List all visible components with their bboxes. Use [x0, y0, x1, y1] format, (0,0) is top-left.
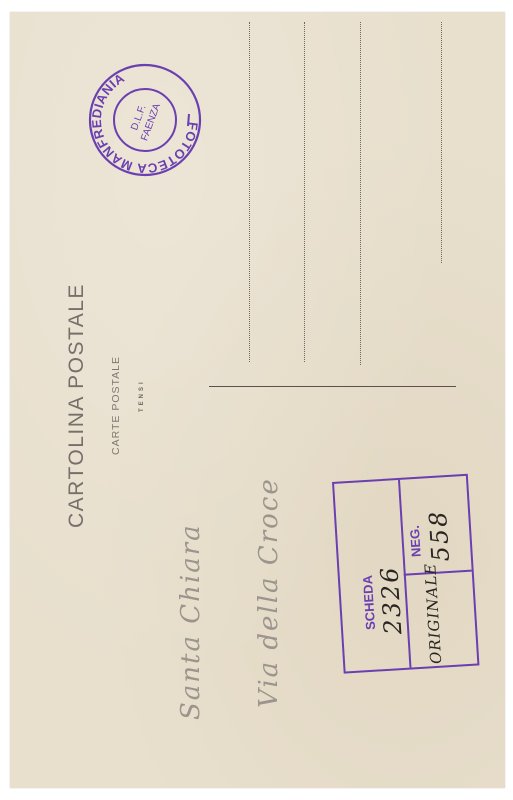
card-subtitle: CARTE POSTALE [110, 356, 122, 455]
address-line-4 [441, 22, 442, 263]
postcard-back: FOTOTECA MANFREDIANIA D.L.F. FAENZA CART… [10, 12, 505, 788]
neg-value: 558 [424, 509, 455, 562]
pencil-note-line-1: Santa Chiara [176, 523, 206, 720]
address-line-2 [304, 22, 305, 362]
card-title: CARTOLINA POSTALE [65, 283, 89, 528]
address-line-1 [249, 22, 250, 362]
pencil-note-line-2: Via della Croce [254, 477, 284, 708]
scheda-value: 2326 [375, 565, 407, 636]
address-line-3 [360, 22, 361, 365]
fototeca-round-stamp: FOTOTECA MANFREDIANIA D.L.F. FAENZA [85, 60, 205, 180]
publisher-mark: TENSI [139, 379, 145, 412]
divider-line [209, 386, 456, 387]
archive-record-stamp: SCHEDA 2326 NEG. 558 ORIGINALE [332, 474, 479, 674]
neg-label: NEG. [407, 525, 424, 558]
original-note: ORIGINALE [421, 562, 445, 664]
stamp-dash [188, 114, 189, 126]
